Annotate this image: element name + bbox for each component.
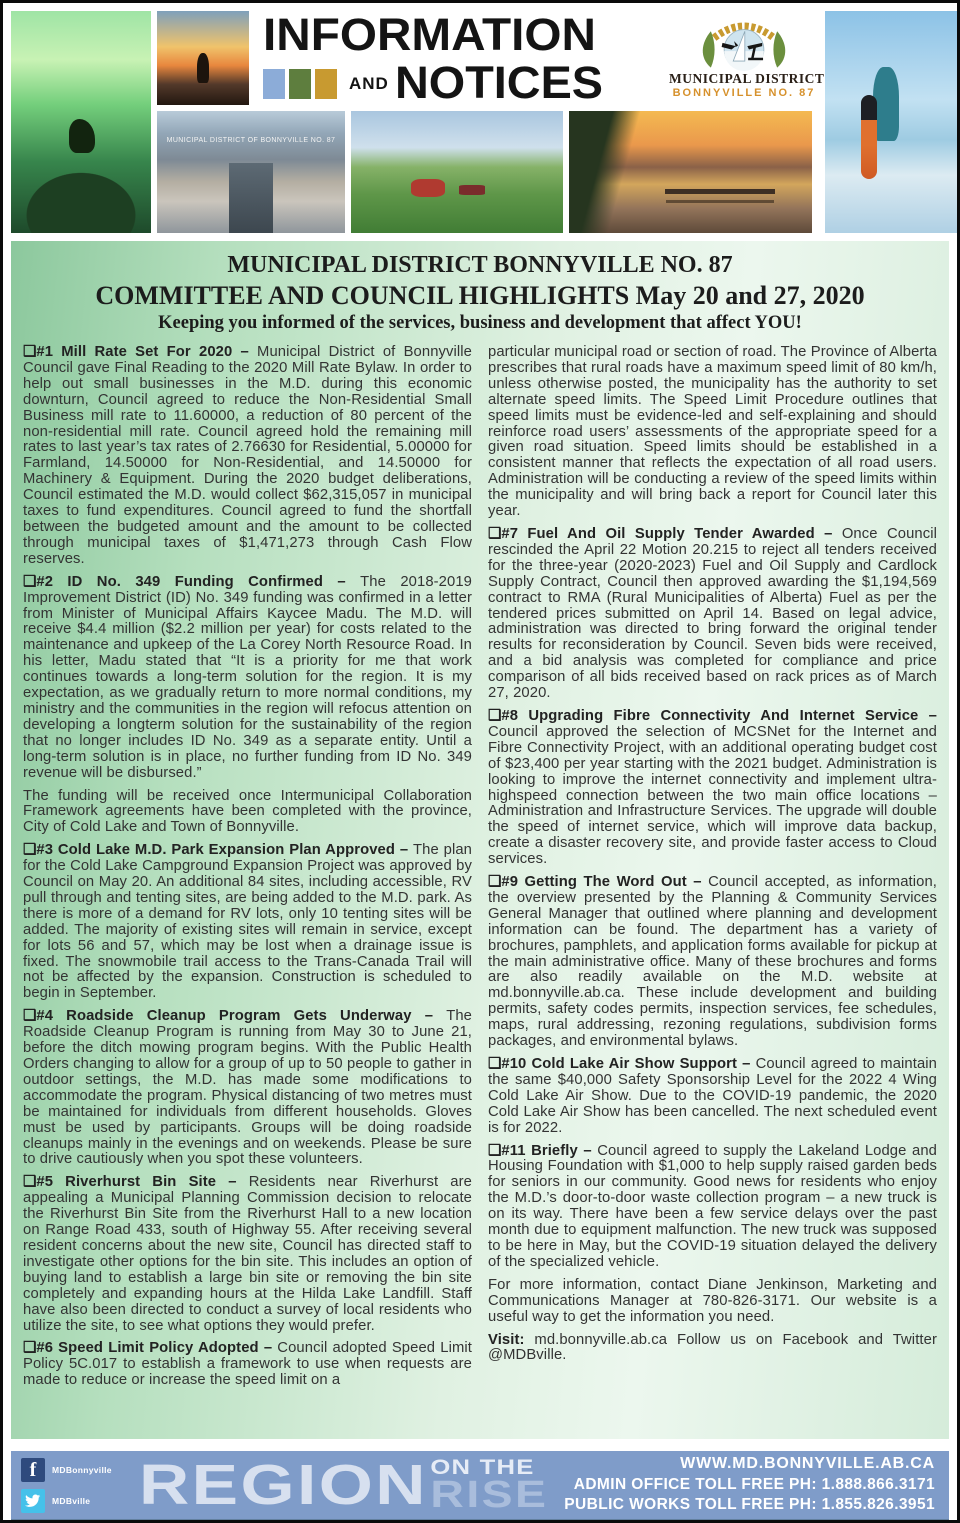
footer-contact: WWW.MD.BONNYVILLE.AB.CA ADMIN OFFICE TOL… (564, 1454, 935, 1515)
twitter-icon[interactable] (21, 1489, 45, 1513)
notice-text: Once Council rescinded the April 22 Moti… (488, 526, 937, 701)
slogan-rise: RISE (430, 1478, 548, 1512)
photo-sunset-hiker (157, 11, 249, 105)
footer: f MDBonnyville MDBville REGION ON THE RI… (11, 1451, 949, 1523)
notice-text: Residents near Riverhurst are appealing … (23, 1174, 472, 1333)
notice-lead: ❑#4 Roadside Cleanup Program Gets Underw… (23, 1008, 446, 1024)
public-works-phone: PUBLIC WORKS TOLL FREE PH: 1.855.826.395… (564, 1495, 935, 1515)
newspaper-page: INFORMATION AND NOTICES (0, 0, 960, 1523)
facebook-icon[interactable]: f (21, 1458, 45, 1482)
notice-block: ❑#3 Cold Lake M.D. Park Expansion Plan A… (23, 843, 472, 1002)
notice-text: particular municipal road or section of … (488, 344, 937, 519)
notice-text: Council approved the selection of MCSNet… (488, 724, 937, 867)
slogan-region: REGION (139, 1455, 428, 1515)
notice-block: particular municipal road or section of … (488, 345, 937, 520)
masthead-middle: INFORMATION AND NOTICES (157, 11, 819, 233)
notice-block: ❑#1 Mill Rate Set For 2020 – Municipal D… (23, 345, 472, 568)
facebook-handle: MDBonnyville (52, 1465, 112, 1475)
notice-lead: ❑#10 Cold Lake Air Show Support – (488, 1056, 756, 1072)
color-square-gold (315, 69, 337, 99)
logo-org-subname: BONNYVILLE NO. 87 (669, 87, 819, 99)
color-square-green (289, 69, 311, 99)
region-on-the-rise-slogan: REGION ON THE RISE (139, 1455, 548, 1515)
notice-lead: ❑#5 Riverhurst Bin Site – (23, 1174, 249, 1190)
photo-lake-dock-sunset (569, 111, 812, 233)
twitter-link[interactable]: MDBville (21, 1489, 139, 1513)
right-column: particular municipal road or section of … (488, 345, 937, 1396)
admin-office-phone: ADMIN OFFICE TOLL FREE PH: 1.888.866.317… (564, 1475, 935, 1495)
notice-lead: ❑#7 Fuel And Oil Supply Tender Awarded – (488, 526, 842, 542)
masthead: INFORMATION AND NOTICES (11, 11, 949, 233)
notice-text: Municipal District of Bonnyville Council… (23, 344, 472, 567)
heading-district: MUNICIPAL DISTRICT BONNYVILLE NO. 87 (23, 251, 937, 280)
notice-text: The funding will be received once Interm… (23, 788, 472, 836)
notice-lead: Visit: (488, 1332, 534, 1348)
masthead-title: INFORMATION AND NOTICES (255, 11, 663, 105)
notice-lead: ❑#9 Getting The Word Out – (488, 874, 708, 890)
md-bonnyville-crest-icon (685, 13, 803, 71)
facebook-link[interactable]: f MDBonnyville (21, 1458, 139, 1482)
masthead-title-information: INFORMATION (263, 12, 687, 57)
notice-body: MUNICIPAL DISTRICT BONNYVILLE NO. 87 COM… (11, 241, 949, 1439)
notice-lead: ❑#2 ID No. 349 Funding Confirmed – (23, 574, 360, 590)
notice-lead: ❑#8 Upgrading Fibre Connectivity And Int… (488, 708, 937, 724)
notice-lead: ❑#11 Briefly – (488, 1143, 597, 1159)
notice-block: Visit: md.bonnyville.ab.ca Follow us on … (488, 1333, 937, 1365)
notice-text: The plan for the Cold Lake Campground Ex… (23, 842, 472, 1001)
notice-block: The funding will be received once Interm… (23, 789, 472, 837)
notice-text: md.bonnyville.ab.ca Follow us on Faceboo… (488, 1332, 937, 1364)
social-links: f MDBonnyville MDBville (21, 1458, 139, 1513)
website-url[interactable]: WWW.MD.BONNYVILLE.AB.CA (564, 1454, 935, 1475)
notice-text: Council agreed to supply the Lakeland Lo… (488, 1143, 937, 1270)
notice-block: ❑#11 Briefly – Council agreed to supply … (488, 1144, 937, 1271)
notice-block: ❑#10 Cold Lake Air Show Support – Counci… (488, 1057, 937, 1137)
notice-lead: ❑#3 Cold Lake M.D. Park Expansion Plan A… (23, 842, 413, 858)
notice-block: ❑#8 Upgrading Fibre Connectivity And Int… (488, 709, 937, 868)
notice-block: ❑#6 Speed Limit Policy Adopted – Council… (23, 1341, 472, 1389)
notice-block: For more information, contact Diane Jenk… (488, 1278, 937, 1326)
notice-text: The Roadside Cleanup Program is running … (23, 1008, 472, 1167)
notice-block: ❑#5 Riverhurst Bin Site – Residents near… (23, 1175, 472, 1334)
notice-heading: MUNICIPAL DISTRICT BONNYVILLE NO. 87 COM… (23, 251, 937, 335)
color-square-blue (263, 69, 285, 99)
notice-lead: ❑#1 Mill Rate Set For 2020 – (23, 344, 257, 360)
notice-text: For more information, contact Diane Jenk… (488, 1277, 937, 1325)
notice-text: The 2018-2019 Improvement District (ID) … (23, 574, 472, 781)
logo-org-name: MUNICIPAL DISTRICT (669, 71, 819, 87)
building-sign-text: MUNICIPAL DISTRICT OF BONNYVILLE NO. 87 (161, 137, 341, 144)
photo-municipal-office-building: MUNICIPAL DISTRICT OF BONNYVILLE NO. 87 (157, 111, 345, 233)
photo-picnic-bikes (351, 111, 563, 233)
left-column: ❑#1 Mill Rate Set For 2020 – Municipal D… (23, 345, 472, 1396)
twitter-handle: MDBville (52, 1496, 90, 1506)
masthead-title-and: AND (349, 74, 389, 94)
heading-highlights: COMMITTEE AND COUNCIL HIGHLIGHTS May 20 … (23, 280, 937, 311)
photo-aurora-haybale (11, 11, 151, 233)
photo-paddleboard-boy (825, 11, 960, 233)
notice-text: Council accepted, as information, the ov… (488, 874, 937, 1049)
heading-tagline: Keeping you informed of the services, bu… (23, 311, 937, 335)
notice-lead: ❑#6 Speed Limit Policy Adopted – (23, 1340, 277, 1356)
masthead-title-notices: NOTICES (395, 63, 603, 104)
notice-block: ❑#4 Roadside Cleanup Program Gets Underw… (23, 1009, 472, 1168)
md-bonnyville-logo: MUNICIPAL DISTRICT BONNYVILLE NO. 87 (669, 11, 819, 105)
notice-block: ❑#9 Getting The Word Out – Council accep… (488, 875, 937, 1050)
notice-block: ❑#7 Fuel And Oil Supply Tender Awarded –… (488, 527, 937, 702)
notice-block: ❑#2 ID No. 349 Funding Confirmed – The 2… (23, 575, 472, 782)
